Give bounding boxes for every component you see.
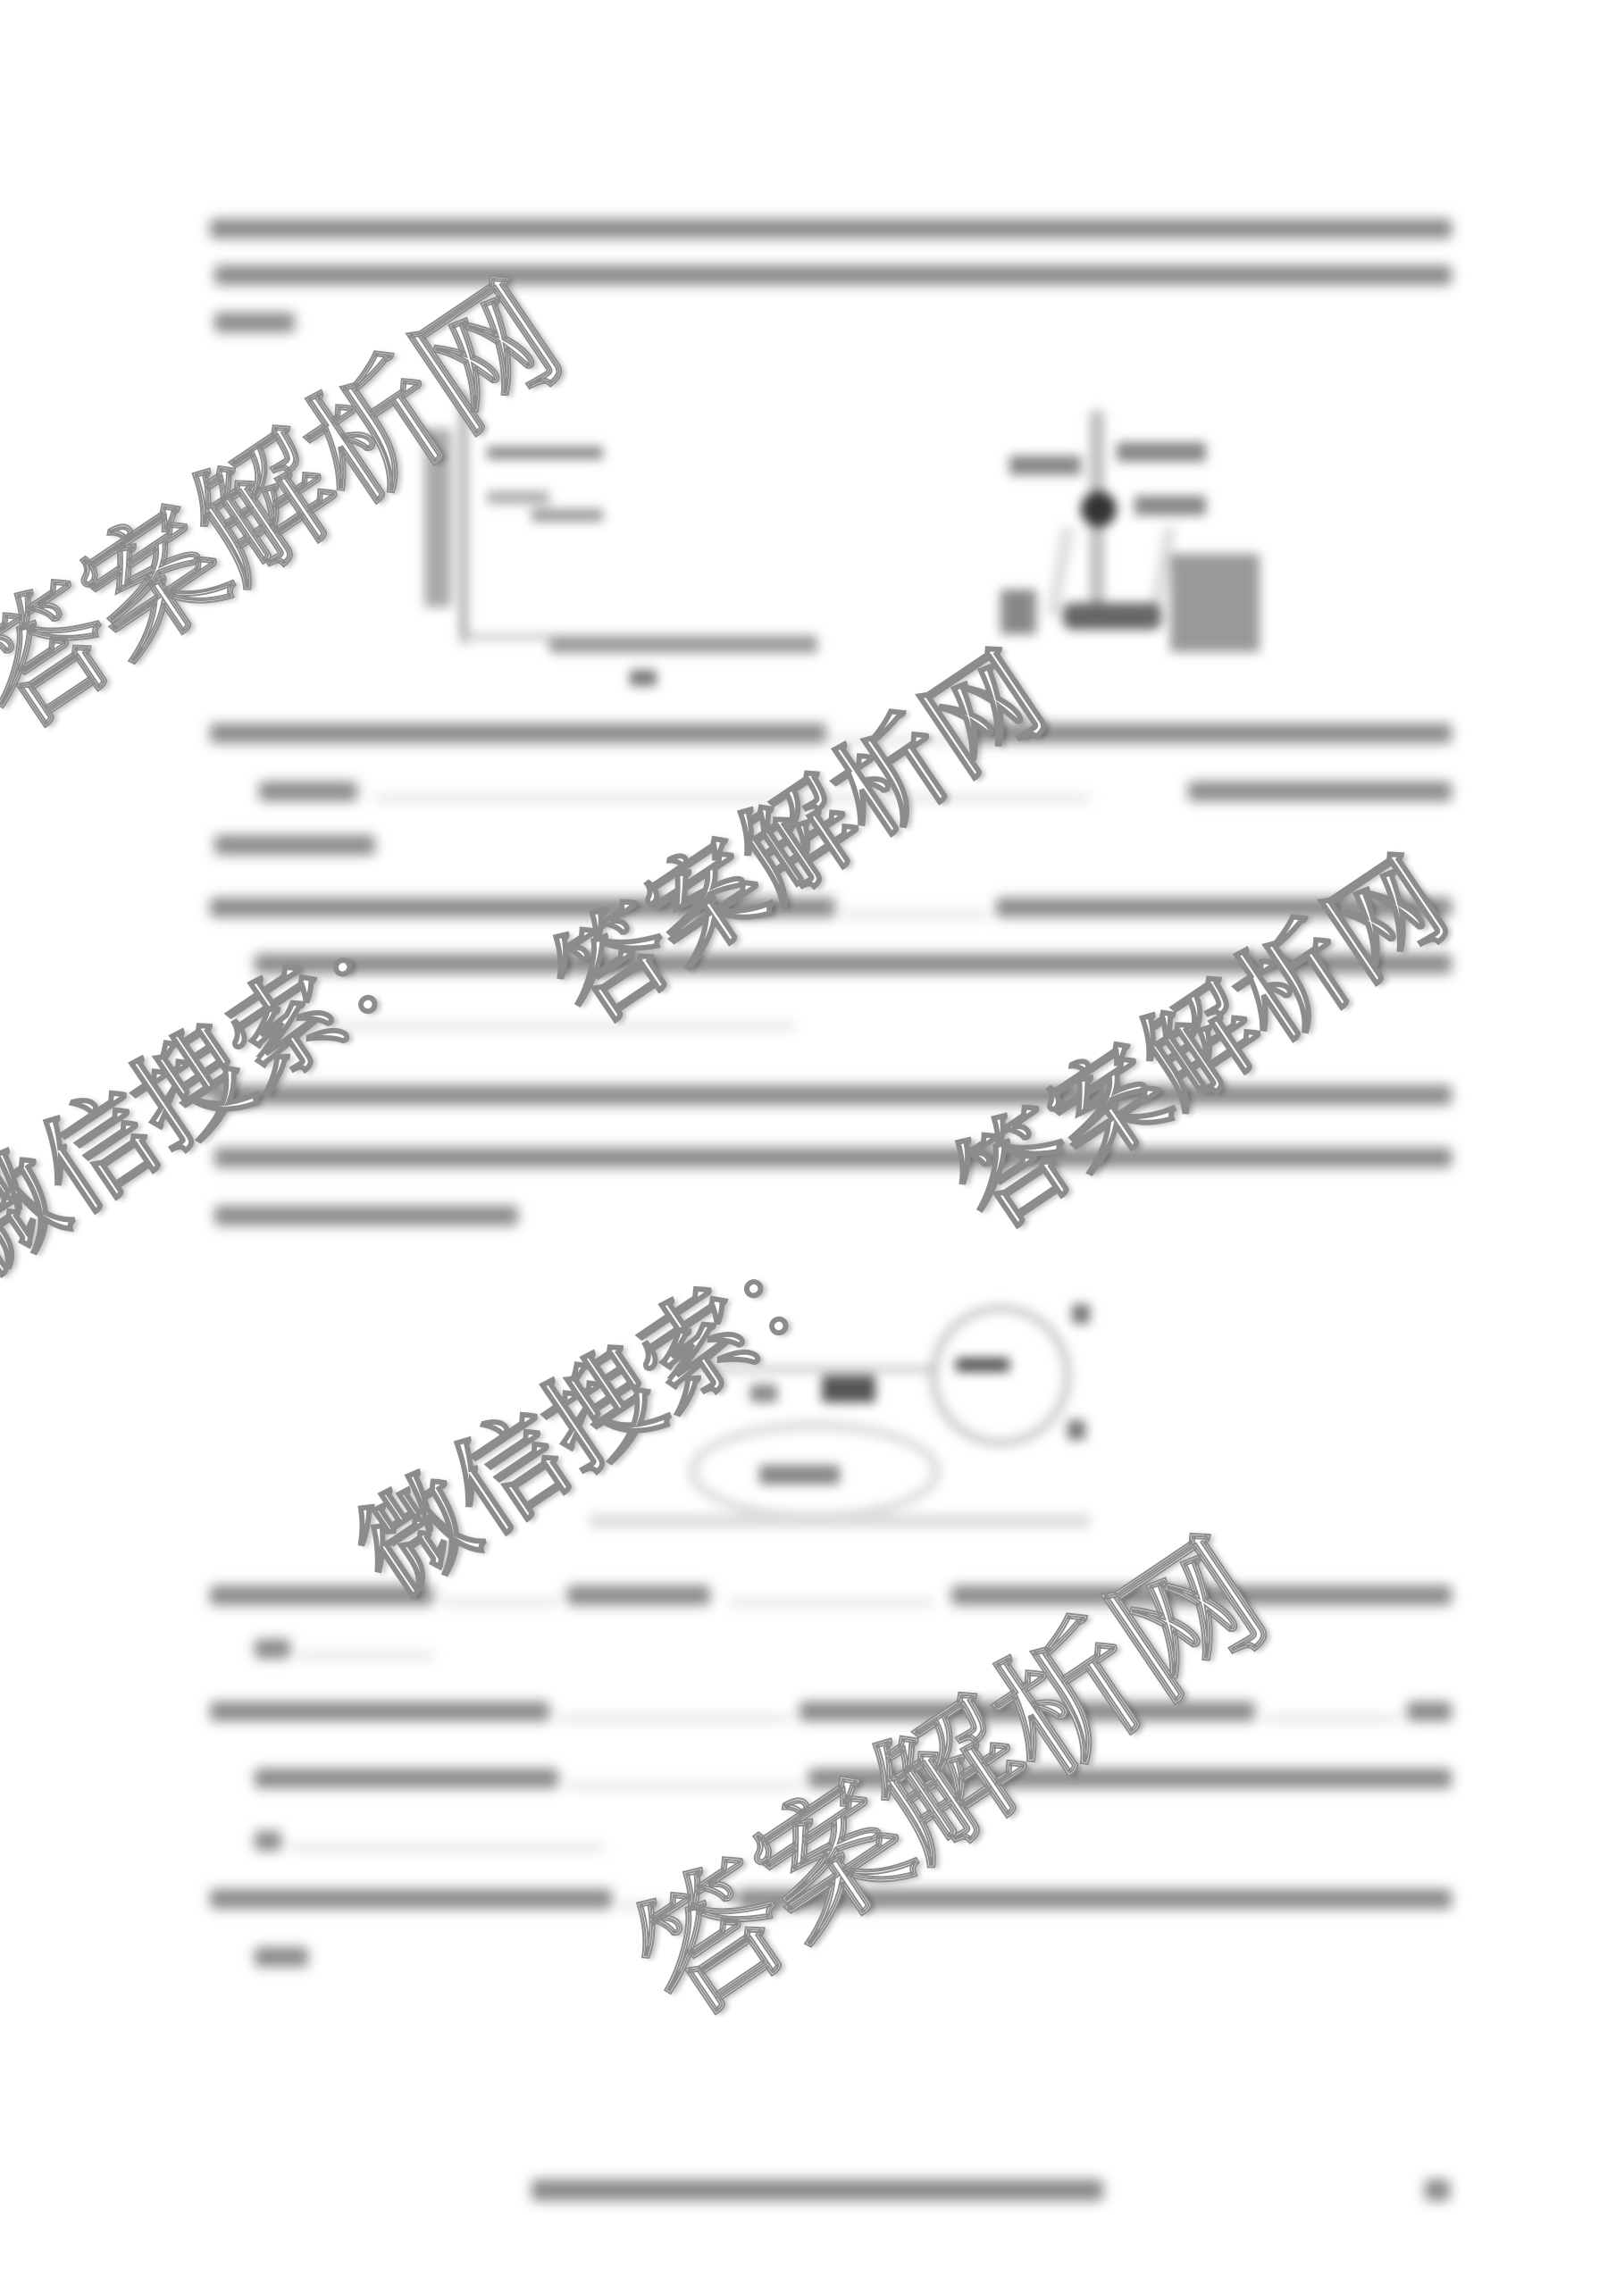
question-1-figure-right xyxy=(992,411,1277,652)
watermark-site: 答案解析网 xyxy=(919,814,1472,1259)
exam-page: 答案解析网 答案解析网 微信搜索： 答案解析网 微信搜索： 答案解析网 xyxy=(0,0,1624,2275)
watermark-search: 微信搜索： xyxy=(0,858,463,1304)
page-footer xyxy=(0,2179,1624,2203)
